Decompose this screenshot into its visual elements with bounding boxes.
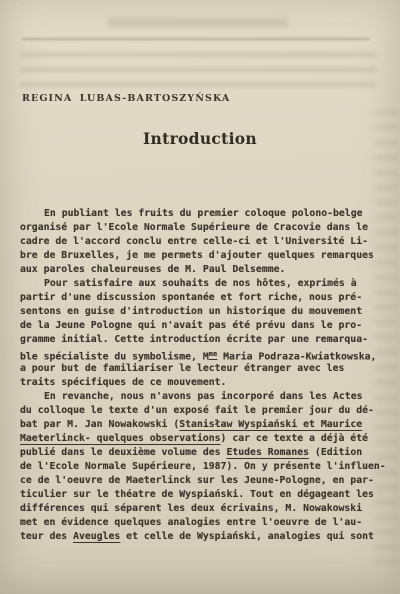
body-line: aux paroles chaleureuses de M. Paul Dels… [20, 263, 386, 277]
text-segment: sentons en guise d'introduction un histo… [20, 306, 362, 317]
body-line: de la Jeune Pologne qui n'avait pas été … [20, 319, 386, 333]
body-line: met en évidence quelques analogies entre… [20, 516, 386, 530]
scanned-book-page: REGINA LUBAS-BARTOSZYŃSKA Introduction E… [0, 0, 400, 594]
underlined-text: me [209, 350, 217, 358]
underlined-text: Etudes Romanes [226, 447, 309, 458]
body-line: cadre de l'accord conclu entre celle-ci … [20, 235, 386, 249]
body-line: bat par M. Jan Nowakowski (Stanisław Wys… [20, 418, 386, 432]
text-segment: ticulier sur le théatre de Wyspiański. T… [20, 489, 374, 500]
text-segment: bre de Bruxelles, je me permets d'ajoute… [20, 250, 374, 261]
body-line: En revanche, nous n'avons pas incorporé … [20, 390, 386, 404]
text-segment: gramme initial. Cette introduction écrit… [20, 334, 368, 345]
show-through-ghost-textblock [20, 52, 376, 96]
body-line: teur des Aveugles et celle de Wyspiański… [20, 530, 386, 544]
text-segment: traits spécifiques de ce mouvement. [20, 377, 226, 388]
underlined-text: Stanisław Wyspiański et Maurice [179, 419, 362, 430]
body-line: traits spécifiques de ce mouvement. [20, 376, 386, 390]
text-segment: En publiant les fruits du premier coloqu… [44, 208, 363, 219]
text-segment: met en évidence quelques analogies entre… [20, 517, 362, 528]
body-line: Pour satisfaire aux souhaits de nos hôte… [20, 277, 386, 291]
text-segment: et celle de Wyspiański, analogies qui so… [120, 531, 374, 542]
body-line: gramme initial. Cette introduction écrit… [20, 333, 386, 347]
text-segment: du colloque le texte d'un exposé fait le… [20, 405, 374, 416]
body-line: organisé par l'Ecole Normale Supérieure … [20, 221, 386, 235]
text-segment: ce de l'oeuvre de Maeterlinck sur les Je… [20, 475, 374, 486]
body-line: ticulier sur le théatre de Wyspiański. T… [20, 488, 386, 502]
body-line: sentons en guise d'introduction un histo… [20, 305, 386, 319]
body-line: En publiant les fruits du premier coloqu… [20, 207, 386, 221]
text-segment: aux paroles chaleureuses de M. Paul Dels… [20, 264, 285, 275]
author-name: REGINA LUBAS-BARTOSZYŃSKA [22, 93, 230, 104]
text-segment: organisé par l'Ecole Normale Supérieure … [20, 222, 368, 233]
body-line: différences qui séparent les deux écriva… [20, 502, 386, 516]
body-line: du colloque le texte d'un exposé fait le… [20, 404, 386, 418]
text-segment: de l'Ecole Normale Supérieure, 1987). On… [20, 461, 386, 472]
show-through-ghost-rule [22, 38, 370, 40]
text-segment: a pour but de familiariser le lecteur ét… [20, 363, 344, 374]
text-segment: ) car ce texte a déjà été [221, 433, 368, 444]
body-line: bre de Bruxelles, je me permets d'ajoute… [20, 249, 386, 263]
text-segment: bat par M. Jan Nowakowski ( [20, 419, 179, 430]
text-segment: teur des [20, 531, 73, 542]
page-title: Introduction [0, 129, 400, 148]
text-segment: cadre de l'accord conclu entre celle-ci … [20, 236, 368, 247]
text-segment: de la Jeune Pologne qui n'avait pas été … [20, 320, 362, 331]
underlined-text: Maeterlinck- quelques observations [20, 433, 221, 444]
text-segment: Pour satisfaire aux souhaits de nos hôte… [44, 278, 357, 289]
text-segment: (Edition [309, 447, 362, 458]
text-segment: En revanche, nous n'avons pas incorporé … [44, 391, 363, 402]
text-segment: partir d'une discussion spontanée et for… [20, 292, 362, 303]
body-line: a pour but de familiariser le lecteur ét… [20, 362, 386, 376]
body-line: publié dans le deuxième volume des Etude… [20, 446, 386, 460]
text-segment: publié dans le deuxième volume des [20, 447, 226, 458]
body-line: de l'Ecole Normale Supérieure, 1987). On… [20, 460, 386, 474]
body-line: partir d'une discussion spontanée et for… [20, 291, 386, 305]
body-text: En publiant les fruits du premier coloqu… [20, 207, 386, 544]
underlined-text: Aveugles [73, 531, 120, 542]
text-segment: différences qui séparent les deux écriva… [20, 503, 362, 514]
body-line: ce de l'oeuvre de Maeterlinck sur les Je… [20, 474, 386, 488]
body-line: Maeterlinck- quelques observations) car … [20, 432, 386, 446]
show-through-ghost-heading [108, 18, 288, 27]
body-line: ble spécialiste du symbolisme, Mme Maria… [20, 347, 386, 361]
